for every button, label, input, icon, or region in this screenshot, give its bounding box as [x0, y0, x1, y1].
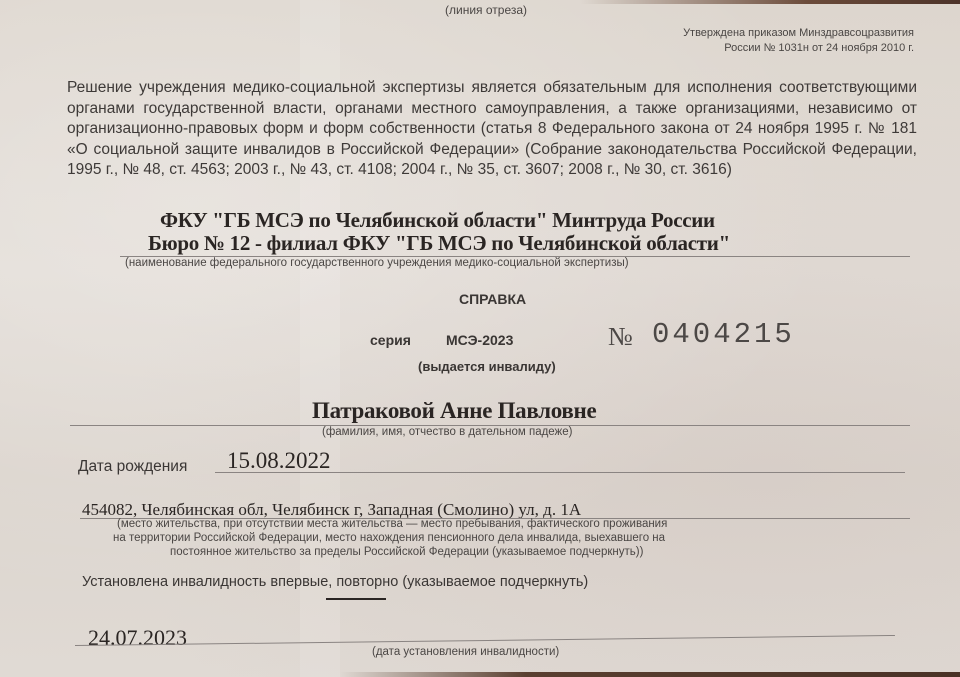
disability-statement: Установлена инвалидность впервые, повтор…	[82, 574, 588, 590]
disability-option-repeat: повторно	[336, 574, 398, 590]
person-name: Патраковой Анне Павловне	[312, 398, 596, 424]
birth-date-label: Дата рождения	[78, 458, 187, 476]
birth-date-underline	[215, 472, 905, 473]
birth-date-value: 15.08.2022	[227, 448, 331, 474]
address-caption-line-1: (место жительства, при отсутствии места …	[117, 518, 667, 530]
disability-hint: (указываемое подчеркнуть)	[402, 574, 588, 590]
legal-paragraph: Решение учреждения медико-социальной экс…	[67, 78, 917, 181]
number-sign: №	[608, 322, 633, 352]
person-name-caption: (фамилия, имя, отчество в дательном паде…	[322, 426, 572, 438]
institution-caption: (наименование федерального государственн…	[125, 257, 629, 269]
approval-note: Утверждена приказом Минздравсоцразвития …	[683, 26, 914, 56]
approval-note-line2: России № 1031н от 24 ноября 2010 г.	[683, 41, 914, 56]
disability-date-caption: (дата установления инвалидности)	[372, 646, 559, 658]
cut-line-label: (линия отреза)	[445, 3, 527, 17]
issued-to-caption: (выдается инвалиду)	[418, 359, 556, 374]
series-value: МСЭ-2023	[446, 332, 513, 348]
series-label: серия	[370, 332, 411, 348]
selected-option-underline	[326, 598, 386, 600]
address-caption-line-3: постоянное жительство за пределы Российс…	[170, 546, 643, 558]
certificate-number: 0404215	[652, 318, 795, 351]
institution-line-2: Бюро № 12 - филиал ФКУ "ГБ МСЭ по Челяби…	[148, 231, 730, 256]
institution-line-1: ФКУ "ГБ МСЭ по Челябинской области" Минт…	[160, 208, 715, 233]
approval-note-line1: Утверждена приказом Минздравсоцразвития	[683, 26, 914, 41]
disability-date-value: 24.07.2023	[88, 625, 187, 651]
address-value: 454082, Челябинская обл, Челябинск г, За…	[82, 500, 581, 520]
disability-label: Установлена инвалидность	[82, 574, 266, 590]
paper-edge-top	[580, 0, 960, 4]
disability-separator: ,	[328, 574, 332, 590]
paper-edge-bottom	[340, 672, 960, 677]
disability-option-first: впервые	[270, 574, 328, 590]
document-title: СПРАВКА	[459, 291, 526, 307]
address-caption-line-2: на территории Российской Федерации, мест…	[113, 532, 665, 544]
